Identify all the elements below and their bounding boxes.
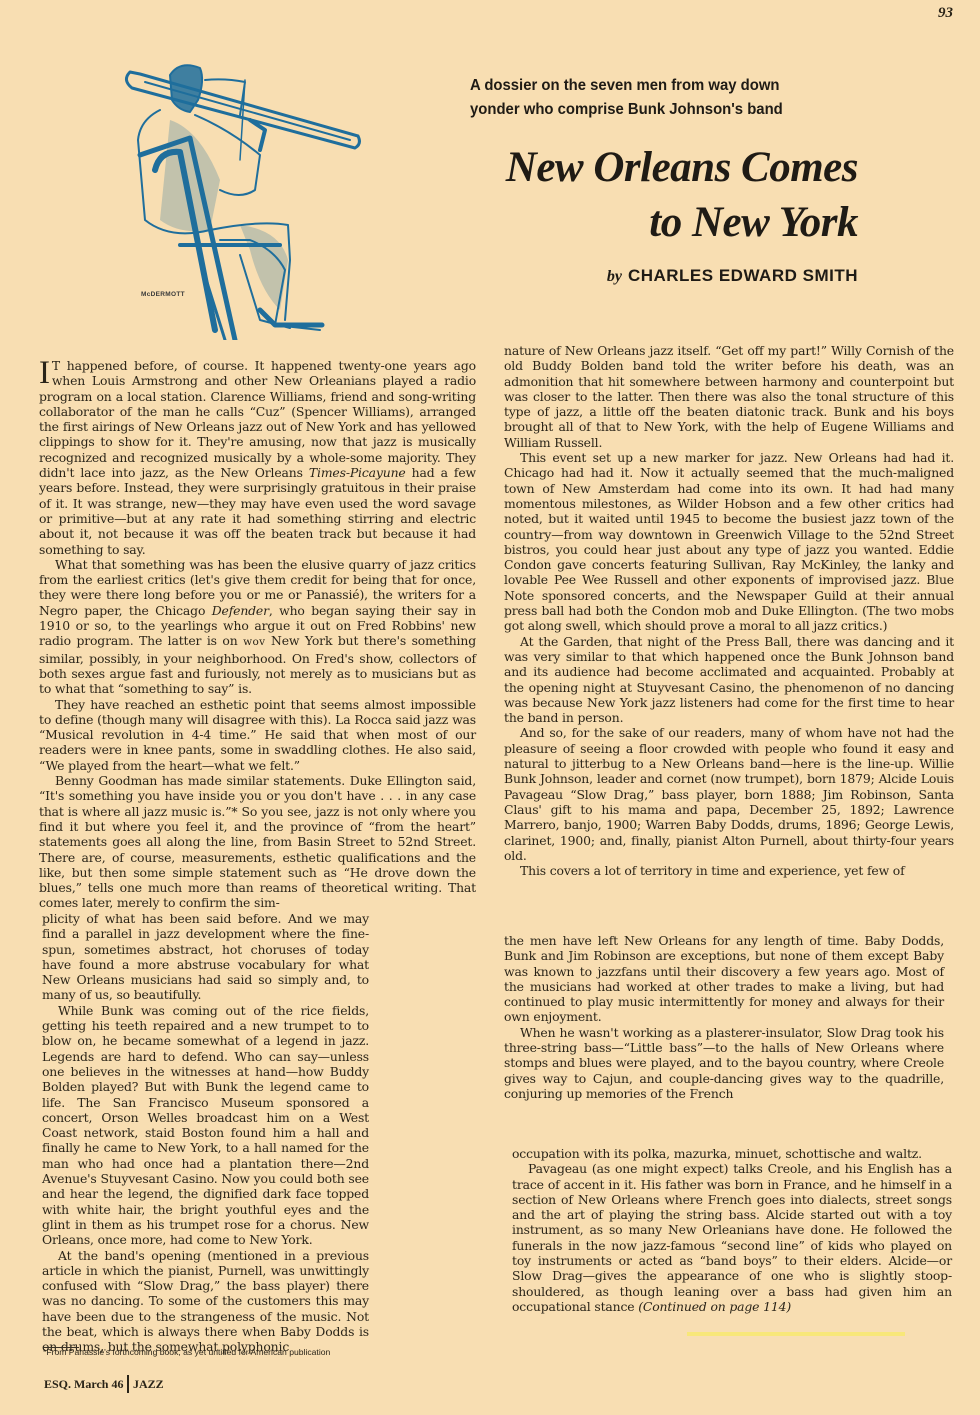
paragraph: plicity of what has been said before. An…: [42, 911, 369, 1003]
paragraph: When he wasn't working as a plasterer-in…: [504, 1025, 944, 1101]
highlight-mark: [687, 1332, 905, 1336]
paragraph: occupation with its polka, mazurka, minu…: [512, 1146, 952, 1161]
drop-cap: I: [39, 360, 50, 386]
article-column-1-bottom: plicity of what has been said before. An…: [42, 911, 369, 1355]
paragraph: What that something was has been the elu…: [39, 557, 476, 697]
byline-prefix: by: [607, 268, 622, 285]
article-column-2-middle: the men have left New Orleans for any le…: [504, 933, 944, 1101]
illustrator-signature: McDERMOTT: [141, 291, 185, 298]
title-line-2: to New York: [380, 195, 858, 250]
article-column-1-top: IT happened before, of course. It happen…: [39, 358, 476, 911]
paragraph: And so, for the sake of our readers, man…: [504, 725, 954, 863]
footnote: *From Panassié's forthcoming book, as ye…: [43, 1347, 383, 1357]
folio: ESQ. March 46JAZZ: [44, 1375, 164, 1393]
article-deck: A dossier on the seven men from way down…: [470, 74, 833, 122]
paragraph: While Bunk was coming out of the rice fi…: [42, 1003, 369, 1248]
title-line-1: New Orleans Comes: [380, 140, 858, 195]
folio-section: JAZZ: [133, 1377, 164, 1391]
byline: byCHARLES EDWARD SMITH: [380, 266, 858, 286]
paragraph: This event set up a new marker for jazz.…: [504, 450, 954, 634]
paragraph: At the Garden, that night of the Press B…: [504, 634, 954, 726]
folio-issue: ESQ. March 46: [44, 1377, 123, 1391]
byline-author: CHARLES EDWARD SMITH: [628, 266, 858, 285]
paragraph: At the band's opening (mentioned in a pr…: [42, 1248, 369, 1355]
paragraph: They have reached an esthetic point that…: [39, 697, 476, 773]
paragraph: IT happened before, of course. It happen…: [39, 358, 476, 557]
article-column-2-bottom: occupation with its polka, mazurka, minu…: [512, 1146, 952, 1314]
paragraph: nature of New Orleans jazz itself. “Get …: [504, 343, 954, 450]
article-title: New Orleans Comes to New York: [380, 140, 858, 250]
article-column-2-top: nature of New Orleans jazz itself. “Get …: [504, 343, 954, 878]
paragraph: the men have left New Orleans for any le…: [504, 933, 944, 1025]
page-number: 93: [938, 5, 953, 22]
paragraph: Benny Goodman has made similar statement…: [39, 773, 476, 911]
paragraph: This covers a lot of territory in time a…: [504, 863, 954, 878]
continued-link[interactable]: (Continued on page 114): [638, 1299, 791, 1314]
folio-divider: [127, 1375, 129, 1393]
paragraph: Pavageau (as one might expect) talks Cre…: [512, 1161, 952, 1314]
